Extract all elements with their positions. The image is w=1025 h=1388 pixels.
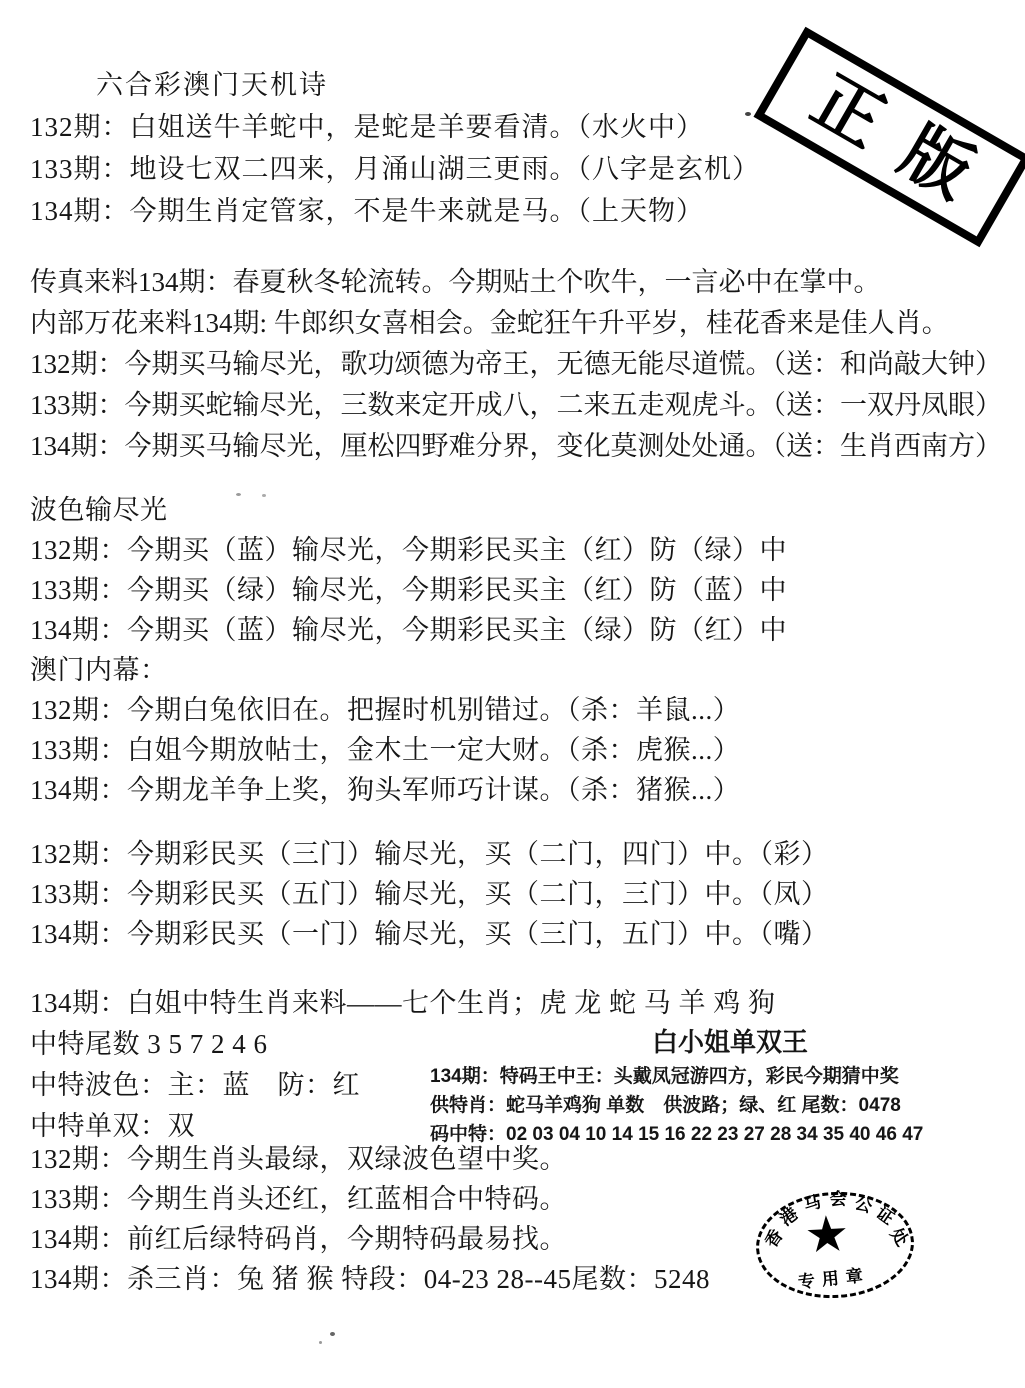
- fax-line-neibu: 内部万花来料134期: 牛郎织女喜相会。金蛇狂午升平岁，桂花香来是佳人肖。: [30, 303, 1002, 344]
- bottom-section: 132期：今期生肖头最绿，双绿波色望中奖。 133期：今期生肖头还红，红蓝相合中…: [30, 1139, 710, 1299]
- bose-line-133: 133期：今期买（绿）输尽光，今期彩民买主（红）防（蓝）中: [30, 570, 787, 610]
- seal-arc-char: 香: [762, 1227, 786, 1251]
- bose-line-132: 132期：今期买（蓝）输尽光，今期彩民买主（红）防（绿）中: [30, 530, 787, 570]
- genuine-stamp: 正版: [753, 27, 1025, 248]
- seal-arc-char: 证: [873, 1204, 897, 1228]
- right-heading: 白小姐单双王: [652, 1027, 808, 1057]
- bose-line-134: 134期：今期买（蓝）输尽光，今期彩民买主（绿）防（红）中: [30, 610, 787, 650]
- fax-line-132: 132期：今期买马输尽光，歌功颂德为帝王，无德无能尽道慌。（送：和尚敲大钟）: [30, 344, 1002, 385]
- poem-line-132: 132期：白姐送牛羊蛇中，是蛇是羊要看清。（水火中）: [30, 106, 760, 148]
- poem-line-134: 134期：今期生肖定管家，不是牛来就是马。（上天物）: [30, 190, 760, 232]
- zhongte-zodiac-line: 134期：白姐中特生肖来料——七个生肖；虎 龙 蛇 马 羊 鸡 狗: [30, 983, 776, 1024]
- fax-section: 传真来料134期：春夏秋冬轮流转。今期贴土个吹牛，一言必中在掌中。 内部万花来料…: [30, 262, 1002, 467]
- genuine-stamp-label: 正版: [772, 48, 1012, 226]
- sheet-title: 六合彩澳门天机诗: [96, 64, 760, 106]
- noise-speck: [745, 112, 751, 116]
- seal-arc-char: 公: [853, 1194, 874, 1215]
- door-line-134: 134期：今期彩民买（一门）输尽光，买（三门，五门）中。（嘴）: [30, 914, 829, 954]
- right-block: 134期：特码王中王：头戴凤冠游四方，彩民今期猜中奖 供特肖：蛇马羊鸡狗 单数 …: [430, 1062, 923, 1149]
- door-line-132: 132期：今期彩民买（三门）输尽光，买（二门，四门）中。（彩）: [30, 834, 829, 874]
- doors-section: 132期：今期彩民买（三门）输尽光，买（二门，四门）中。（彩） 133期：今期彩…: [30, 834, 829, 954]
- bose-header: 波色输尽光: [30, 490, 787, 530]
- seal-arc-char: 港: [777, 1205, 801, 1229]
- noise-speck: [262, 494, 266, 497]
- fax-line-chuanzhen: 传真来料134期：春夏秋冬轮流转。今期贴土个吹牛，一言必中在掌中。: [30, 262, 1002, 303]
- neimu-line-132: 132期：今期白兔依旧在。把握时机别错过。（杀：羊鼠...）: [30, 690, 787, 730]
- door-line-133: 133期：今期彩民买（五门）输尽光，买（二门，三门）中。（凤）: [30, 874, 829, 914]
- neimu-line-134: 134期：今期龙羊争上奖，狗头军师巧计谋。（杀：猪猴...）: [30, 770, 787, 810]
- fax-line-133: 133期：今期买蛇输尽光，三数来定开成八，二来五走观虎斗。（送：一双丹凤眼）: [30, 385, 1002, 426]
- poem-section: 六合彩澳门天机诗 132期：白姐送牛羊蛇中，是蛇是羊要看清。（水火中） 133期…: [30, 64, 760, 232]
- right-line-gongtexiao: 供特肖：蛇马羊鸡狗 单数 供波路；绿、红 尾数：0478: [430, 1091, 923, 1120]
- bottom-line-134: 134期：前红后绿特码肖，今期特码最易找。: [30, 1219, 710, 1259]
- right-line-wangzhongwang: 134期：特码王中王：头戴凤冠游四方，彩民今期猜中奖: [430, 1062, 923, 1091]
- neimu-line-133: 133期：白姐今期放帖士，金木土一定大财。（杀：虎猴...）: [30, 730, 787, 770]
- star-icon: ★: [803, 1208, 850, 1260]
- noise-speck: [330, 1332, 335, 1336]
- seal-arc-char: 处: [887, 1225, 911, 1249]
- noise-speck: [236, 493, 241, 496]
- bottom-line-132: 132期：今期生肖头最绿，双绿波色望中奖。: [30, 1139, 710, 1179]
- bose-section: 波色输尽光 132期：今期买（蓝）输尽光，今期彩民买主（红）防（绿）中 133期…: [30, 490, 787, 810]
- noise-speck: [319, 1341, 322, 1344]
- fax-line-134: 134期：今期买马输尽光，厘松四野难分界，变化莫测处处通。（送：生肖西南方）: [30, 426, 1002, 467]
- poem-line-133: 133期：地设七双二四来，月涌山湖三更雨。（八字是玄机）: [30, 148, 760, 190]
- seal-bottom-label: 专用章: [797, 1260, 871, 1292]
- neimu-header: 澳门内幕：: [30, 650, 787, 690]
- notary-seal: 香 港 马 会 公 证 处 ★ 专用章: [753, 1188, 916, 1302]
- bottom-line-133: 133期：今期生肖头还红，红蓝相合中特码。: [30, 1179, 710, 1219]
- bottom-line-shasanxiao: 134期：杀三肖：兔 猪 猴 特段：04-23 28--45尾数：5248: [30, 1259, 710, 1299]
